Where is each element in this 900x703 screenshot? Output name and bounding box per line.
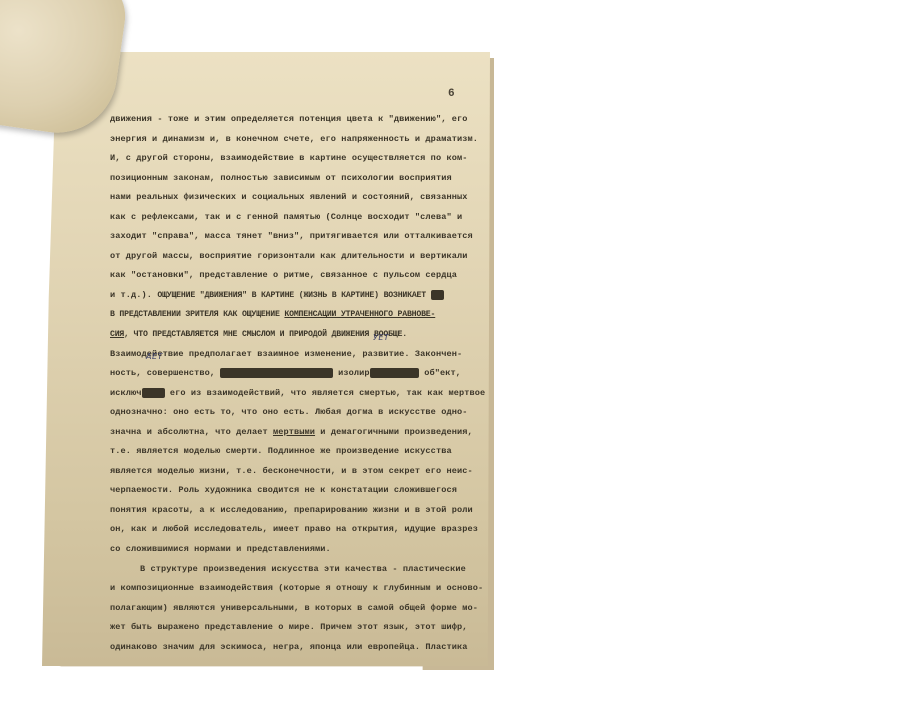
text-line: он, как и любой исследователь, имеет пра… <box>110 520 490 540</box>
text-fragment: и т.д.). <box>110 290 152 300</box>
strikeout-mark: ение <box>142 388 165 398</box>
underlined-fragment: мертвыми <box>273 427 315 437</box>
text-line: черпаемости. Роль художника сводится не … <box>110 481 490 501</box>
text-fragment: его из взаимодействий, что является смер… <box>165 388 486 398</box>
text-line: как "остановки", представление о ритме, … <box>110 266 490 286</box>
text-fragment: исключ <box>110 388 142 398</box>
strikeout-mark: XX <box>431 290 444 300</box>
strikeout-mark: законченная замкнутая <box>220 368 332 378</box>
text-line: заходит "справа", масса тянет "вниз", пр… <box>110 227 490 247</box>
text-line: движения - тоже и этим определяется поте… <box>110 110 490 130</box>
text-line: т.е. является моделью смерти. Подлинное … <box>110 442 490 462</box>
text-line: ность, совершенство, законченная замкнут… <box>110 364 490 384</box>
underlined-fragment: СИЯ <box>110 330 124 339</box>
text-line: и композиционные взаимодействия (которые… <box>110 579 490 599</box>
text-line: значна и абсолютна, что делает мертвыми … <box>110 423 490 443</box>
text-line: как с рефлексами, так и с генной памятью… <box>110 208 490 228</box>
text-line: жет быть выражено представление о мире. … <box>110 618 490 638</box>
handwritten-correction: АЕТ <box>146 352 163 361</box>
text-line: понятия красоты, а к исследованию, препа… <box>110 501 490 521</box>
text-fragment: значна и абсолютна, что делает <box>110 427 273 437</box>
text-fragment: изолир <box>333 368 370 378</box>
caps-fragment: , ЧТО ПРЕДСТАВЛЯЕТСЯ МНЕ СМЫСЛОМ И ПРИРО… <box>124 330 407 339</box>
text-line: позиционным законам, полностью зависимым… <box>110 169 490 189</box>
text-line: В структуре произведения искусства эти к… <box>110 560 490 580</box>
text-line: полагающим) являются универсальными, в к… <box>110 599 490 619</box>
text-fragment: и демагогичными произведения, <box>315 427 473 437</box>
text-line: СИЯ, ЧТО ПРЕДСТАВЛЯЕТСЯ МНЕ СМЫСЛОМ И ПР… <box>110 325 490 345</box>
text-line: от другой массы, восприятие горизонтали … <box>110 247 490 267</box>
strikeout-mark: ованность <box>370 368 419 378</box>
text-line: энергия и динамизм и, в конечном счете, … <box>110 130 490 150</box>
underlined-fragment: КОМПЕНСАЦИИ УТРАЧЕННОГО РАВНОВЕ- <box>284 310 435 319</box>
text-line: однозначно: оно есть то, что оно есть. Л… <box>110 403 490 423</box>
text-line: и т.д.). ОЩУЩЕНИЕ "ДВИЖЕНИЯ" В КАРТИНЕ (… <box>110 286 490 306</box>
text-line: со сложившимися нормами и представлениям… <box>110 540 490 560</box>
text-line: Взаимодействие предполагает взаимное изм… <box>110 345 490 365</box>
text-line: исключение его из взаимодействий, что яв… <box>110 384 490 404</box>
text-line: И, с другой стороны, взаимодействие в ка… <box>110 149 490 169</box>
handwritten-correction: УЕТ <box>373 333 389 342</box>
typewritten-body: движения - тоже и этим определяется поте… <box>110 110 490 657</box>
text-fragment: ность, совершенство, <box>110 368 215 378</box>
text-line: В ПРЕДСТАВЛЕНИИ ЗРИТЕЛЯ КАК ОЩУЩЕНИЕ КОМ… <box>110 305 490 325</box>
text-fragment: об"ект <box>419 368 456 378</box>
text-line: нами реальных физических и социальных яв… <box>110 188 490 208</box>
caps-fragment: ОЩУЩЕНИЕ "ДВИЖЕНИЯ" В КАРТИНЕ (ЖИЗНЬ В К… <box>157 291 426 300</box>
text-line: является моделью жизни, т.е. бесконечнос… <box>110 462 490 482</box>
page-number: 6 <box>448 88 455 100</box>
text-line: одинаково значим для эскимоса, негра, яп… <box>110 638 490 658</box>
caps-fragment: В ПРЕДСТАВЛЕНИИ ЗРИТЕЛЯ КАК ОЩУЩЕНИЕ <box>110 310 284 319</box>
